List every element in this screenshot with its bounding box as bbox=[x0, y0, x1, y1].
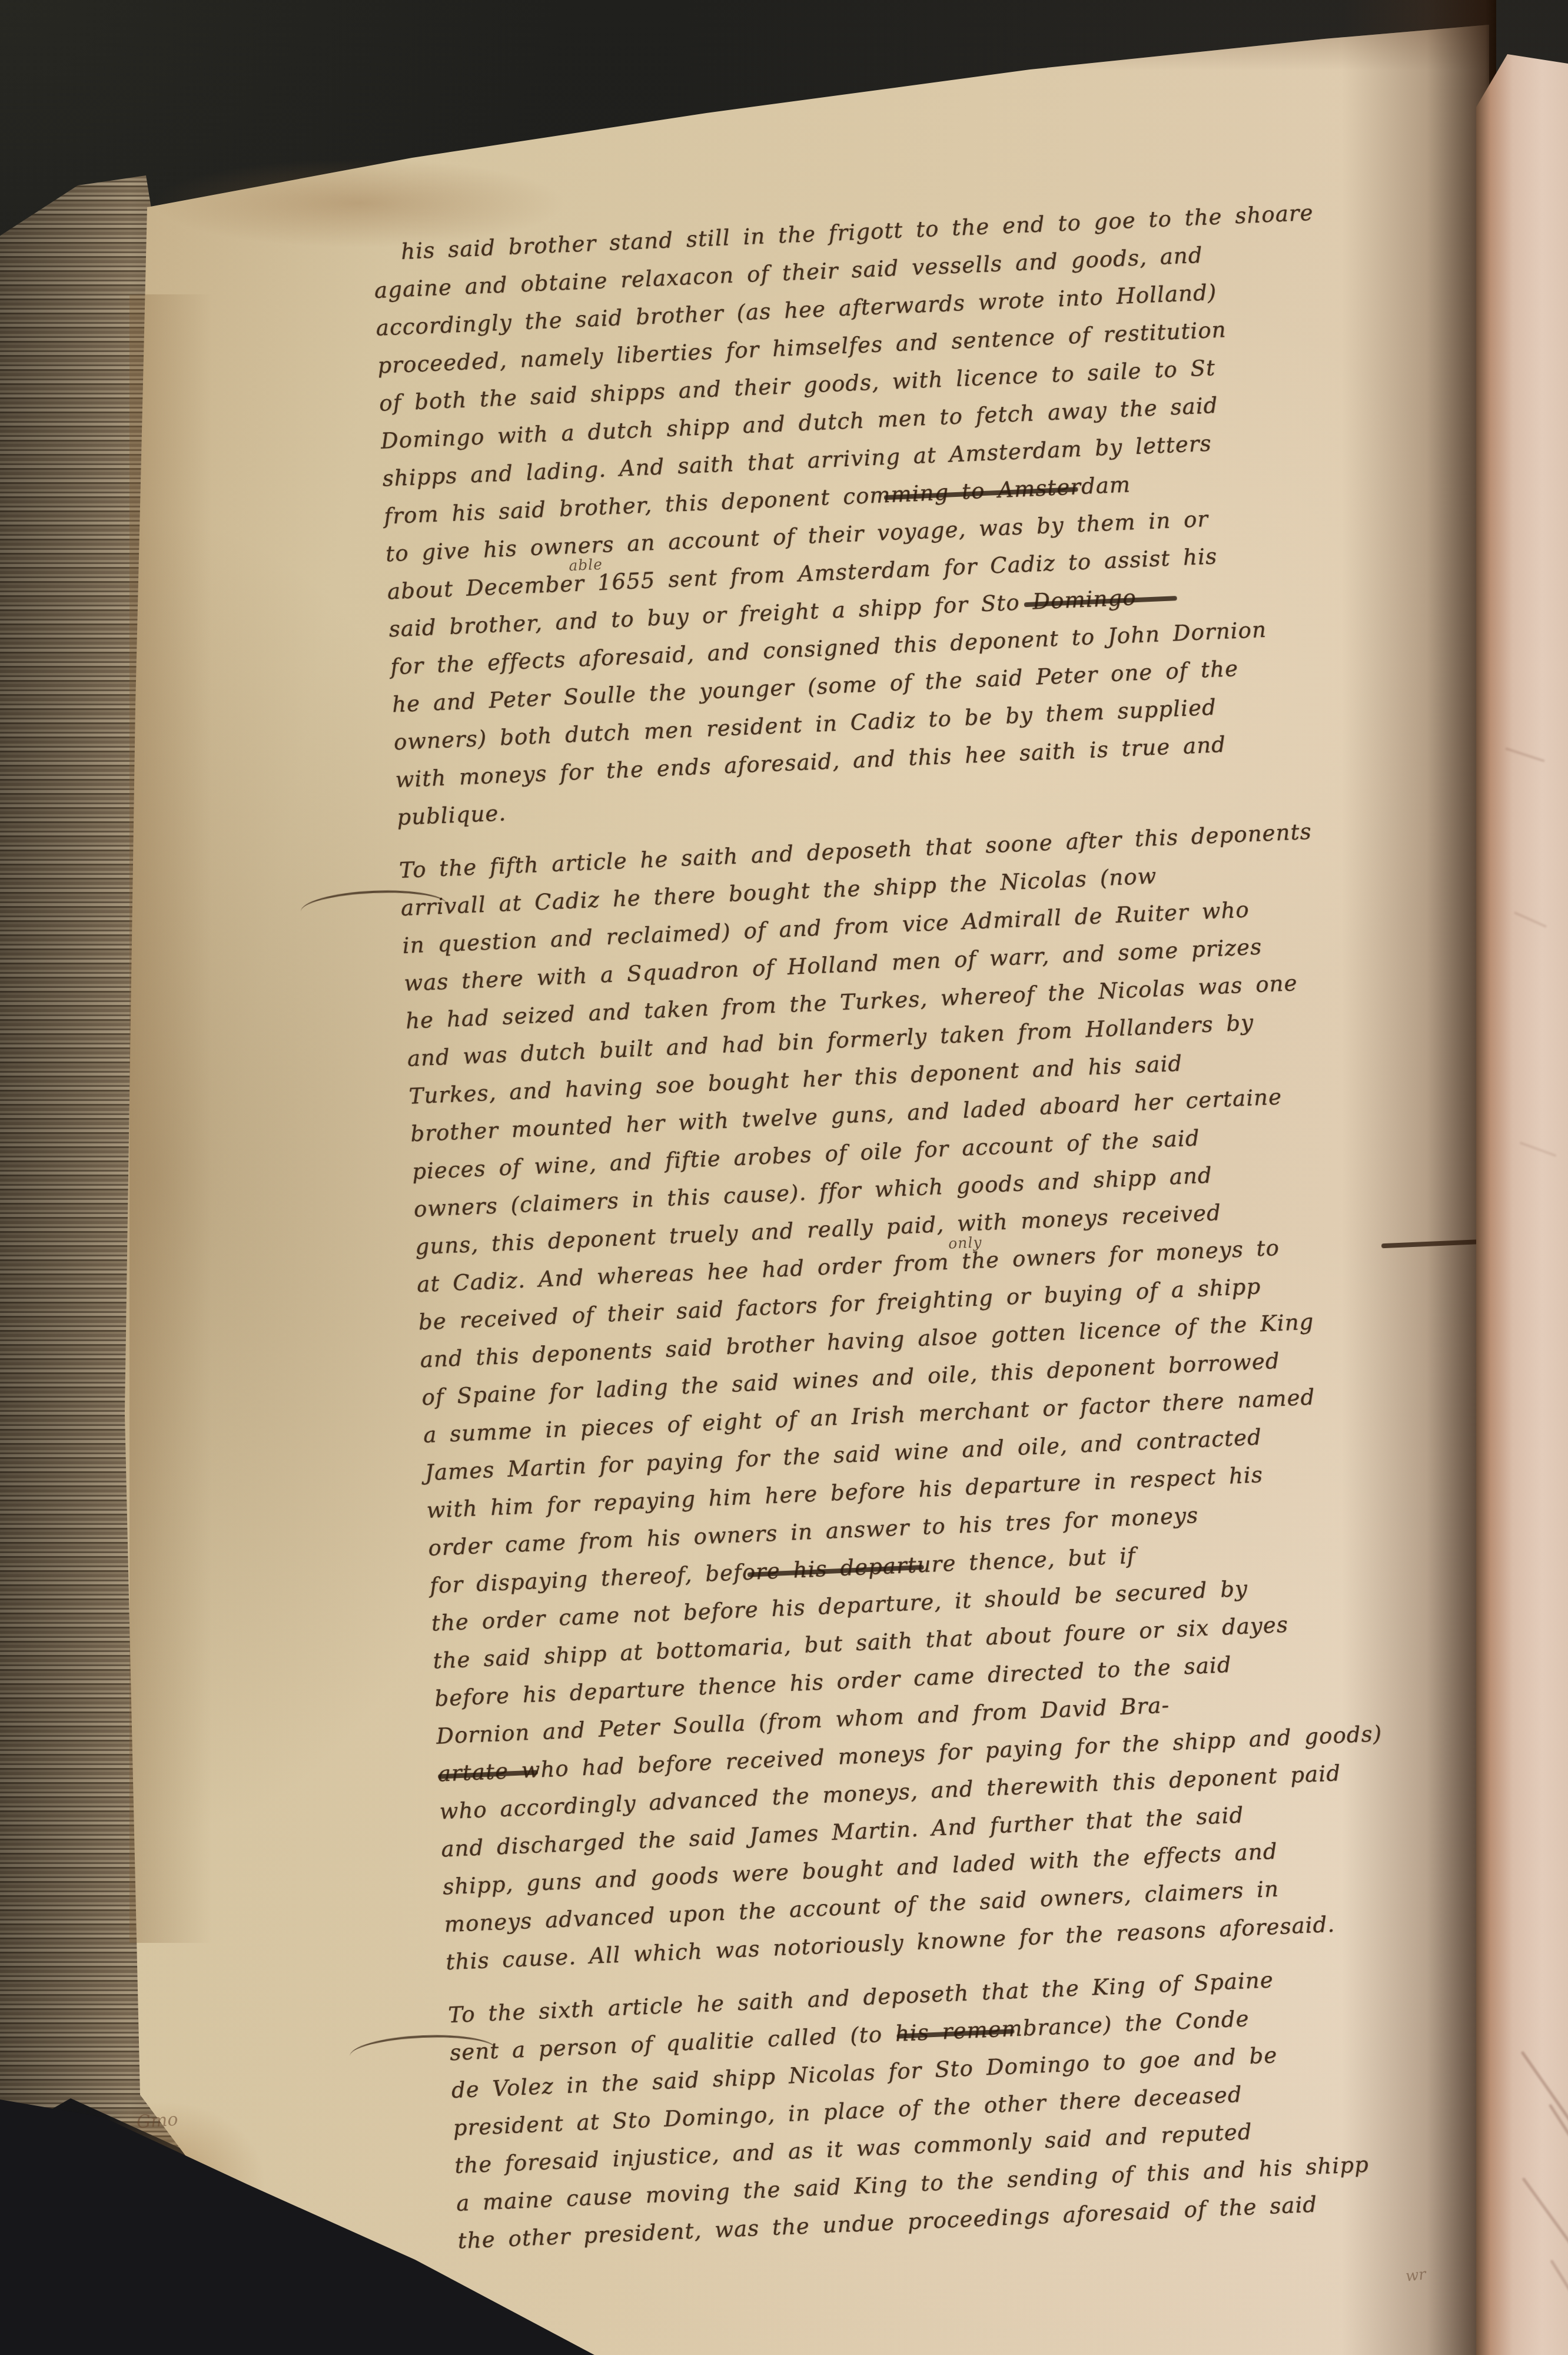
paragraph-answer-continuation: his said brother stand still in the frig… bbox=[372, 188, 1480, 837]
adjacent-page bbox=[1476, 0, 1568, 2355]
paragraph-answer-sixth-article: To the sixth article he saith and depose… bbox=[447, 1951, 1540, 2260]
interlineation: able bbox=[569, 557, 603, 573]
paragraph-answer-fifth-article: To the fifth article he saith and depose… bbox=[398, 805, 1529, 1981]
corner-mark: wr bbox=[1405, 2267, 1427, 2284]
marginal-note: Gmo bbox=[136, 2111, 178, 2132]
interlineation: only bbox=[948, 1235, 982, 1251]
photo-backdrop: his said brother stand still in the frig… bbox=[0, 0, 1568, 2355]
text-block: his said brother stand still in the frig… bbox=[372, 188, 1541, 2260]
